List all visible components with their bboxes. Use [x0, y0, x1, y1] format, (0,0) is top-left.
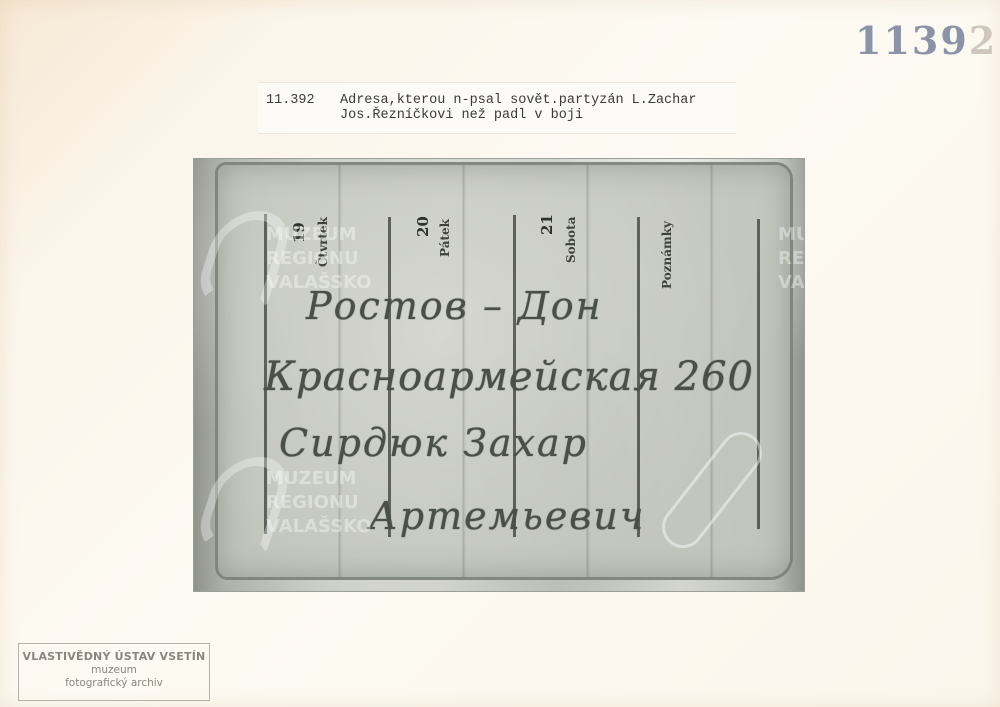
stamp-institution: VLASTIVĚDNÝ ÚSTAV VSETÍN [19, 650, 209, 663]
caption-line-2: Jos.Řezníčkovi než padl v boji [266, 108, 736, 123]
stamp-department: muzeum [19, 664, 209, 676]
caption-number: 11.392 [266, 93, 340, 108]
column-rule [757, 219, 760, 529]
column-day-20: 20 [414, 216, 432, 237]
stamp-archive: fotografický archiv [19, 677, 209, 689]
archive-number-faded-digit: 2 [969, 18, 997, 63]
column-day-19: 19 [290, 222, 308, 243]
archive-number-main: 1139 [855, 18, 969, 63]
column-label-thursday: Čtvrtek [316, 217, 330, 267]
archive-number: 11392 [855, 18, 997, 63]
handwritten-name: Сирдюк Захар [279, 421, 588, 465]
handwritten-city: Ростов – Дон [306, 284, 603, 328]
caption-line-1: Adresa,kterou n-psal sovět.partyzán L.Za… [340, 93, 696, 108]
handwritten-patronymic: Артемьевич [369, 494, 646, 538]
column-label-saturday: Sobota [564, 217, 578, 263]
column-day-21: 21 [538, 214, 556, 235]
column-label-friday: Pátek [438, 219, 452, 257]
typed-caption: 11.392Adresa,kterou n-psal sovět.partyzá… [258, 82, 736, 134]
mounted-photograph: 19 Čtvrtek 20 Pátek 21 Sobota Poznámky Р… [193, 158, 805, 592]
archive-stamp: VLASTIVĚDNÝ ÚSTAV VSETÍN muzeum fotograf… [18, 643, 210, 701]
handwritten-street: Красноармейская 260 [264, 354, 754, 400]
column-label-notes: Poznámky [660, 221, 674, 289]
